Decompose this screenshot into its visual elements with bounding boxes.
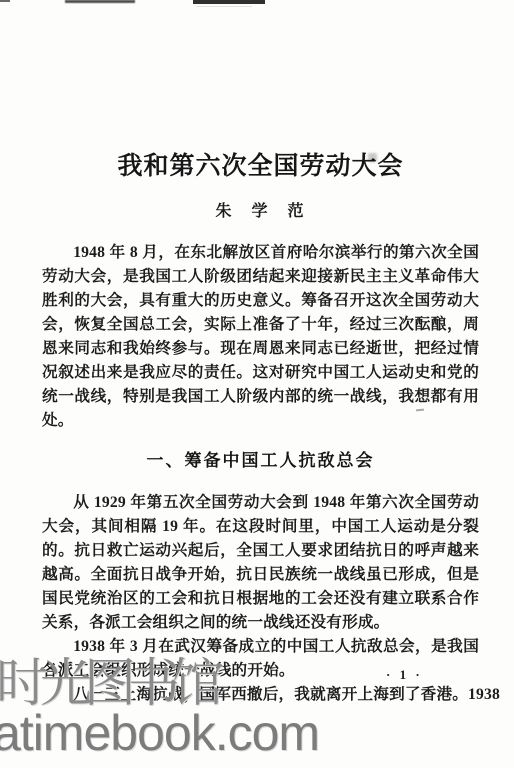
section-heading: 一、筹备中国工人抗敌总会 [42, 449, 479, 473]
scan-artifact-bar-left [65, 0, 135, 3]
paragraph: 从 1929 年第五次全国劳动大会到 1948 年第六次全国劳动大会，其间相隔 … [42, 491, 479, 635]
watermark-site-url: atimebook.com [0, 704, 319, 762]
paragraph: 1948 年 8 月，在东北解放区首府哈尔滨举行的第六次全国劳动大会，是我国工人… [42, 241, 479, 433]
intro-paragraphs: 1948 年 8 月，在东北解放区首府哈尔滨举行的第六次全国劳动大会，是我国工人… [42, 241, 479, 433]
scanned-book-page: 我和第六次全国劳动大会 朱 学 范 1948 年 8 月，在东北解放区首府哈尔滨… [0, 0, 514, 768]
page-title: 我和第六次全国劳动大会 [42, 150, 479, 184]
article: 我和第六次全国劳动大会 朱 学 范 1948 年 8 月，在东北解放区首府哈尔滨… [42, 150, 479, 707]
scan-artifact-faint-line [196, 6, 252, 7]
scan-artifact-bar-right [193, 0, 265, 4]
author-name: 朱 学 范 [42, 201, 479, 223]
page-number: · 1 · [386, 667, 423, 683]
scan-artifact-corner [0, 0, 10, 2]
